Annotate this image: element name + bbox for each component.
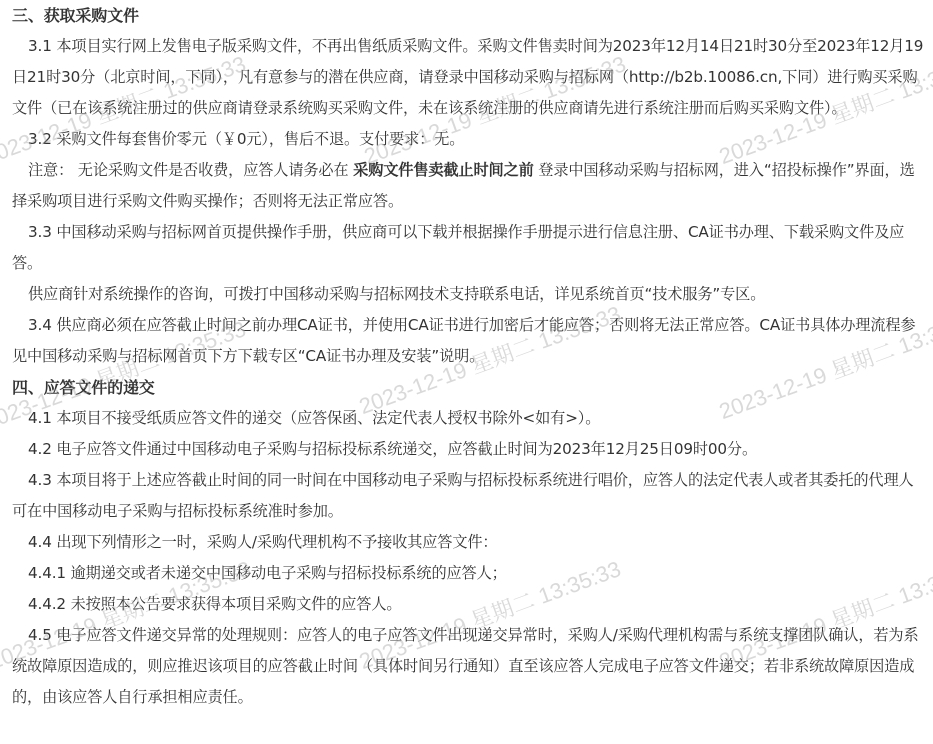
paragraph-4-3: 4.3 本项目将于上述应答截止时间的同一时间在中国移动电子采购与招标投标系统进行… bbox=[12, 465, 926, 527]
paragraph-4-1: 4.1 本项目不接受纸质应答文件的递交（应答保函、法定代表人授权书除外<如有>）… bbox=[12, 403, 926, 434]
section-heading-submit-response: 四、应答文件的递交 bbox=[12, 372, 926, 403]
paragraph-note: 注意： 无论采购文件是否收费，应答人请务必在 采购文件售卖截止时间之前 登录中国… bbox=[12, 155, 926, 217]
paragraph-4-2: 4.2 电子应答文件通过中国移动电子采购与招标投标系统递交，应答截止时间为202… bbox=[12, 434, 926, 465]
paragraph-3-4: 3.4 供应商必须在应答截止时间之前办理CA证书，并使用CA证书进行加密后才能应… bbox=[12, 310, 926, 372]
note-bold-deadline: 采购文件售卖截止时间之前 bbox=[353, 161, 533, 179]
paragraph-4-4-1: 4.4.1 逾期递交或者未递交中国移动电子采购与招标投标系统的应答人； bbox=[12, 558, 926, 589]
paragraph-3-2: 3.2 采购文件每套售价零元（￥0元），售后不退。支付要求：无。 bbox=[12, 124, 926, 155]
note-text-before: 注意： 无论采购文件是否收费，应答人请务必在 bbox=[28, 161, 353, 179]
paragraph-consult: 供应商针对系统操作的咨询，可拨打中国移动采购与招标网技术支持联系电话，详见系统首… bbox=[12, 279, 926, 310]
paragraph-3-1: 3.1 本项目实行网上发售电子版采购文件，不再出售纸质采购文件。采购文件售卖时间… bbox=[12, 31, 926, 124]
paragraph-4-4: 4.4 出现下列情形之一时，采购人/采购代理机构不予接收其应答文件： bbox=[12, 527, 926, 558]
paragraph-4-4-2: 4.4.2 未按照本公告要求获得本项目采购文件的应答人。 bbox=[12, 589, 926, 620]
document-body: 三、获取采购文件 3.1 本项目实行网上发售电子版采购文件，不再出售纸质采购文件… bbox=[12, 0, 926, 713]
paragraph-4-5: 4.5 电子应答文件递交异常的处理规则：应答人的电子应答文件出现递交异常时，采购… bbox=[12, 620, 926, 713]
section-heading-obtain-documents: 三、获取采购文件 bbox=[12, 0, 926, 31]
paragraph-3-3: 3.3 中国移动采购与招标网首页提供操作手册，供应商可以下载并根据操作手册提示进… bbox=[12, 217, 926, 279]
